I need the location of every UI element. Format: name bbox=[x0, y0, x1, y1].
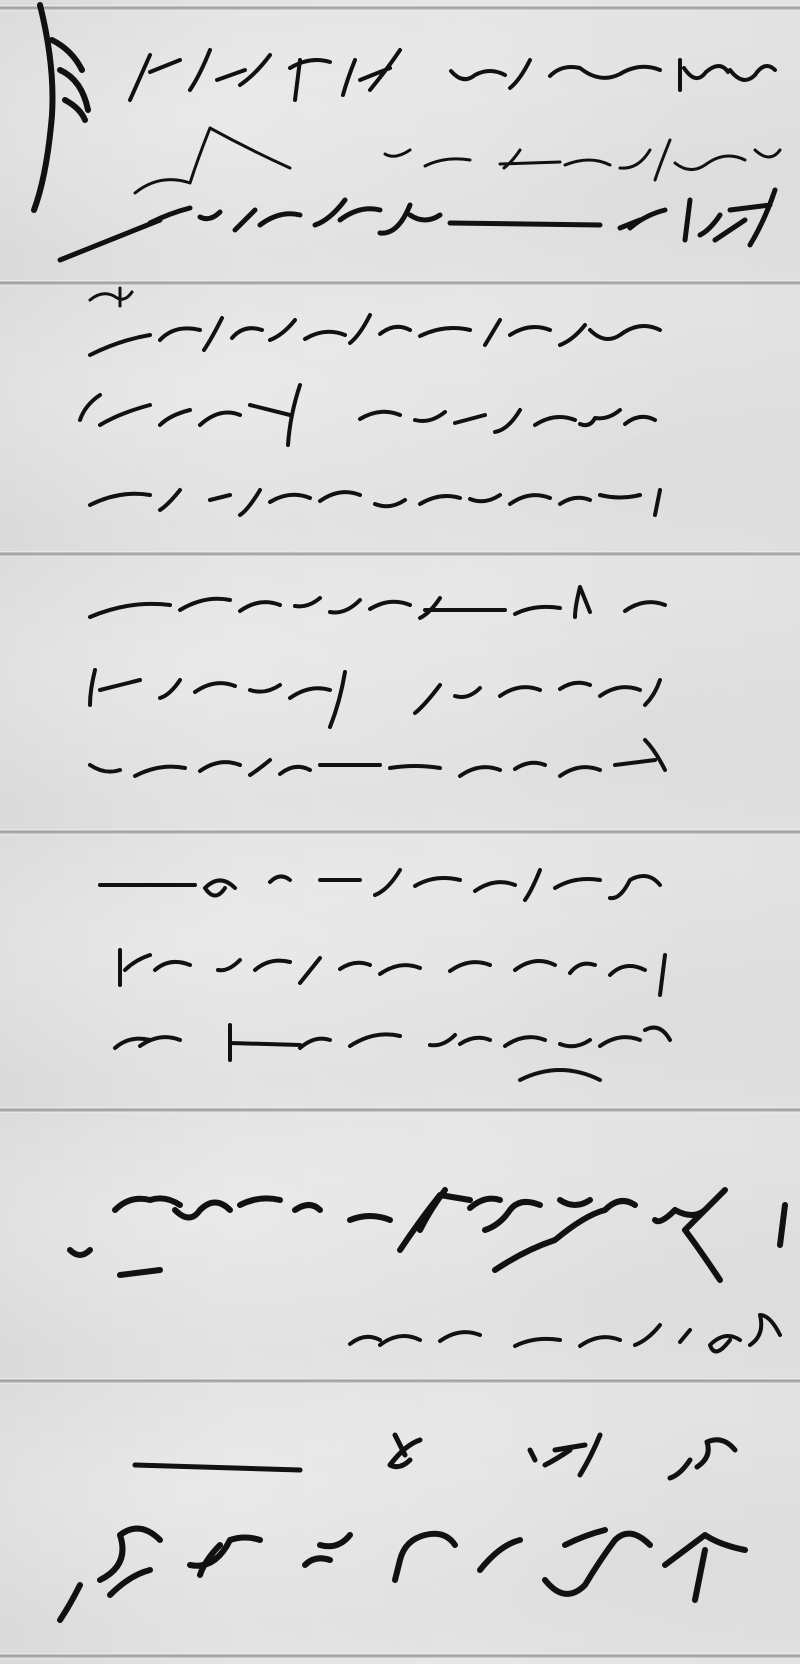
brush-ink-strokes bbox=[0, 0, 800, 1664]
handwriting-panel5-line1 bbox=[70, 1190, 785, 1280]
handwriting-panel6-line1 bbox=[135, 1435, 735, 1478]
handwriting-panel3-line3 bbox=[90, 740, 665, 776]
handwriting-panel2-line1 bbox=[90, 315, 660, 355]
handwriting-panel2-line3 bbox=[90, 490, 660, 515]
handwriting-panel1-line3 bbox=[60, 190, 775, 260]
handwriting-panel3-line1 bbox=[90, 587, 665, 618]
handwriting-panel1-left-signature-stroke bbox=[34, 5, 88, 210]
handwriting-panel5-line2 bbox=[350, 1315, 780, 1351]
handwriting-panel4-line3 bbox=[115, 1025, 670, 1080]
handwriting-panel2-line2 bbox=[80, 385, 655, 445]
handwriting-panel1-line2 bbox=[135, 128, 780, 193]
scanned-letter: Handwritten Japanese cursive (kuzushiji)… bbox=[0, 0, 800, 1664]
handwriting-panel2-marginal bbox=[90, 288, 132, 306]
handwriting-panel4-line2 bbox=[120, 950, 665, 995]
handwriting-panel6-line2 bbox=[60, 1529, 745, 1620]
handwriting-panel1-line1 bbox=[130, 50, 775, 100]
handwriting-panel3-line2 bbox=[90, 670, 660, 727]
handwriting-panel4-line1 bbox=[100, 870, 660, 900]
